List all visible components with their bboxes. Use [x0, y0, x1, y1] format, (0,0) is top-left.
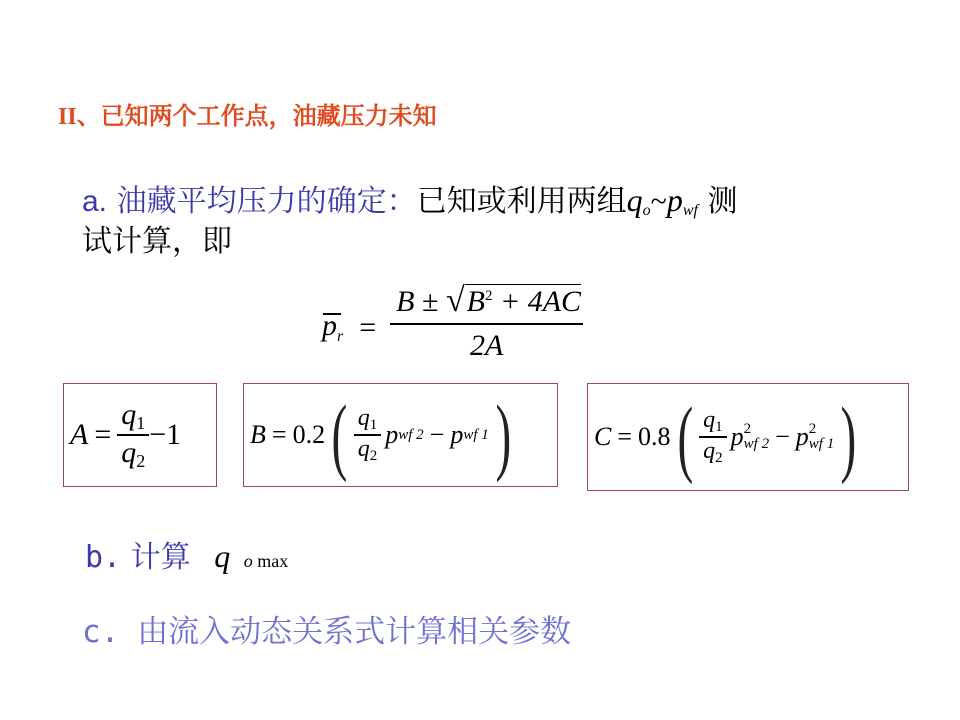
left-paren: ( — [332, 392, 348, 478]
section-c-text: 由流入动态关系式计算相关参数 — [137, 614, 571, 650]
fraction-q1-q2: q1 q2 — [117, 398, 149, 471]
var-p: p — [667, 182, 683, 218]
var-q-sub: o max — [244, 551, 289, 571]
right-paren: ) — [841, 394, 857, 480]
fraction-q1-q2: q1 q2 — [354, 405, 382, 465]
overbar — [323, 313, 341, 315]
left-paren: ( — [677, 394, 693, 480]
section-a-label: a. — [82, 185, 107, 218]
var-q: q — [214, 538, 230, 574]
main-fraction: B ± √B2 + 4AC 2A — [390, 282, 583, 364]
heading-text: 、已知两个工作点，油藏压力未知 — [77, 102, 437, 130]
formula-box-a: A = q1 q2 −1 — [63, 383, 217, 487]
section-a-line2: 试计算，即 — [82, 222, 232, 262]
section-a-text2: 测 — [707, 184, 737, 219]
section-b-label: b. — [85, 540, 121, 575]
slide-heading: II、已知两个工作点，油藏压力未知 — [58, 96, 437, 131]
section-a-text1: 已知或利用两组 — [417, 184, 627, 219]
main-formula: pr = B ± √B2 + 4AC 2A — [322, 282, 583, 364]
var-q: q — [627, 182, 643, 218]
section-c: c. 由流入动态关系式计算相关参数 — [82, 606, 571, 651]
section-a-title: 油藏平均压力的确定： — [117, 184, 417, 219]
formula-box-b: B = 0.2 ( q1 q2 pwf 2 − pwf 1 ) — [243, 383, 558, 487]
equals-sign: = — [359, 311, 376, 345]
radicand: B2 + 4AC — [465, 284, 581, 318]
section-b: b. 计算 q o max — [85, 532, 288, 576]
p-bar: pr — [322, 309, 343, 346]
fraction-q1-q2: q1 q2 — [699, 407, 727, 467]
sqrt-icon: √ — [446, 282, 465, 319]
formula-box-c: C = 0.8 ( q1 q2 p2wf 2 − p2wf 1 ) — [587, 383, 909, 491]
var-p-sub: wf — [683, 202, 698, 219]
heading-roman: II — [58, 104, 77, 130]
right-paren: ) — [495, 392, 511, 478]
tilde: ~ — [651, 185, 667, 218]
section-c-label: c. — [82, 614, 119, 650]
section-b-text: 计算 — [131, 540, 191, 575]
var-q-sub: o — [643, 202, 651, 219]
